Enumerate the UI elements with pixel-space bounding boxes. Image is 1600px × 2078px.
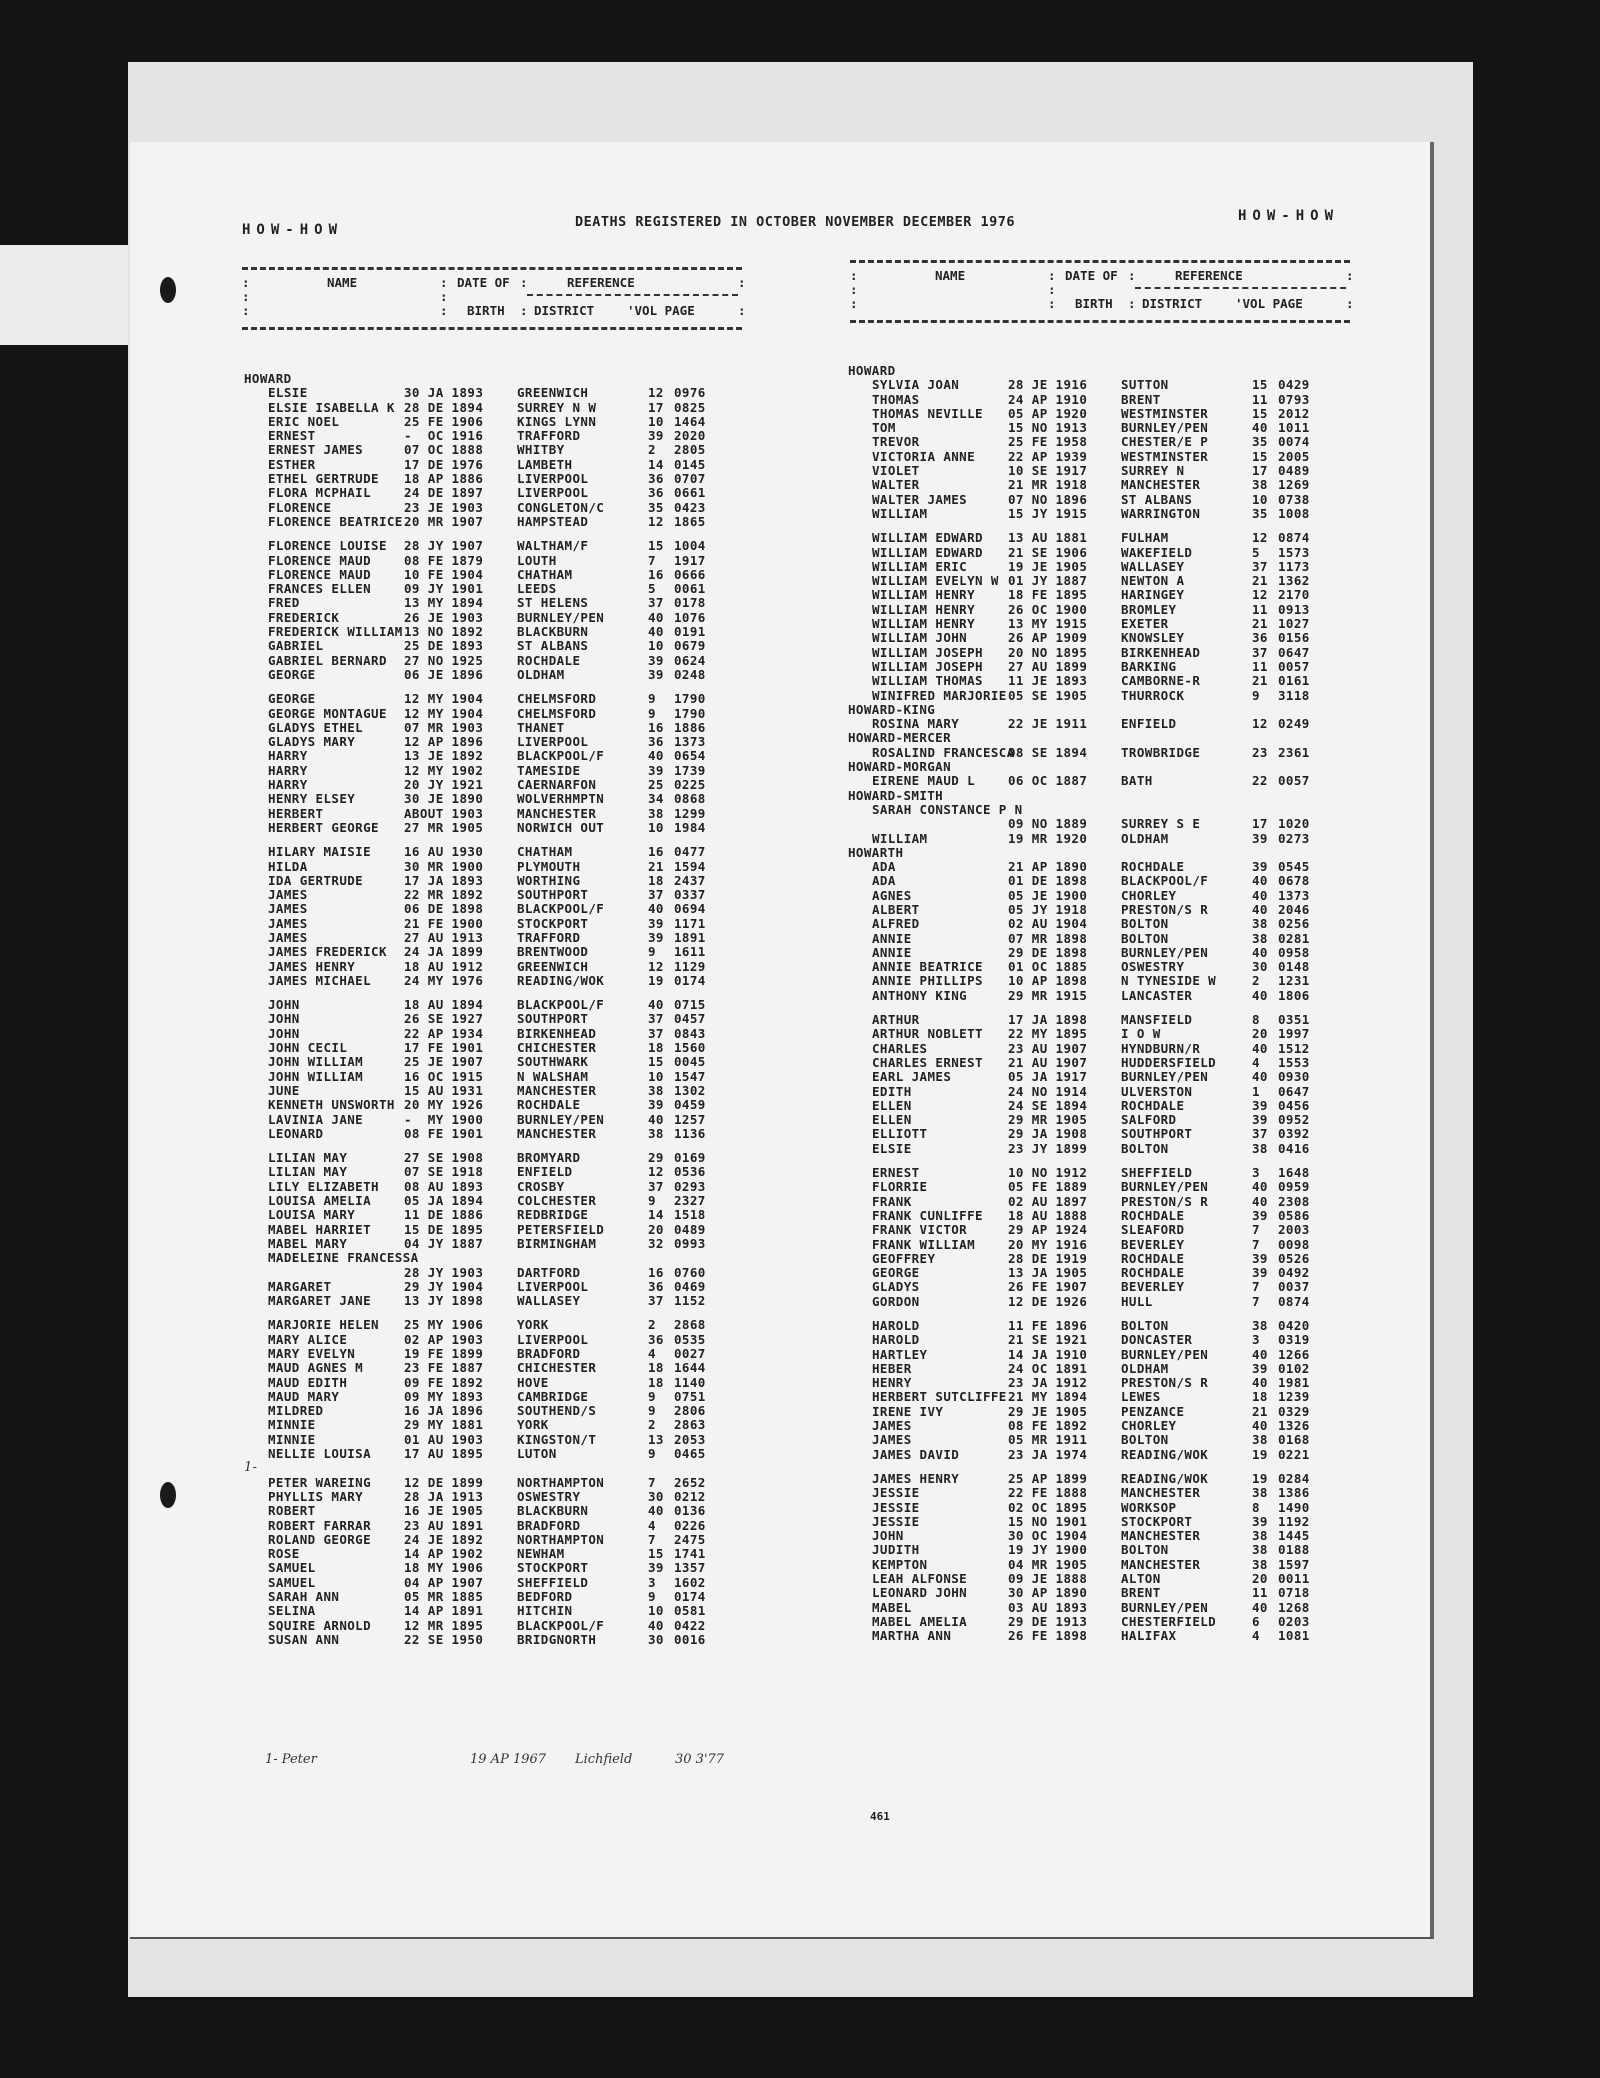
entry-row: SARAH ANN05 MR 1885BEDFORD90174 bbox=[244, 1590, 764, 1604]
page-ref: 2308 bbox=[1278, 1195, 1310, 1209]
volume: 37 bbox=[648, 888, 674, 902]
forenames: MARY ALICE bbox=[268, 1333, 347, 1347]
forenames: FRANK bbox=[872, 1195, 912, 1209]
entry-row: GEORGE13 JA 1905ROCHDALE390492 bbox=[848, 1266, 1368, 1280]
entry-row: MAUD AGNES M23 FE 1887CHICHESTER181644 bbox=[244, 1361, 764, 1375]
volume: 19 bbox=[1252, 1448, 1278, 1462]
date-of-birth: 27 NO 1925 bbox=[404, 654, 483, 668]
entry-row: ANNIE PHILLIPS10 AP 1898N TYNESIDE W2123… bbox=[848, 974, 1368, 988]
entry-row: JAMES22 MR 1892SOUTHPORT370337 bbox=[244, 888, 764, 902]
date-of-birth: 29 JE 1905 bbox=[1008, 1405, 1087, 1419]
forenames: ROLAND GEORGE bbox=[268, 1533, 371, 1547]
volume: 38 bbox=[648, 807, 674, 821]
date-of-birth: 24 AP 1910 bbox=[1008, 393, 1087, 407]
entry-row: PHYLLIS MARY28 JA 1913OSWESTRY300212 bbox=[244, 1490, 764, 1504]
district: SHEFFIELD bbox=[517, 1576, 588, 1590]
date-of-birth: 14 AP 1891 bbox=[404, 1604, 483, 1618]
entry-row: ANNIE07 MR 1898BOLTON380281 bbox=[848, 932, 1368, 946]
district: CHELMSFORD bbox=[517, 707, 596, 721]
forenames: EARL JAMES bbox=[872, 1070, 951, 1084]
volume: 11 bbox=[1252, 393, 1278, 407]
volume: 16 bbox=[648, 568, 674, 582]
date-of-birth: 29 DE 1898 bbox=[1008, 946, 1087, 960]
page-ref: 1741 bbox=[674, 1547, 706, 1561]
district: ST ALBANS bbox=[517, 639, 588, 653]
forenames: FRANK WILLIAM bbox=[872, 1238, 975, 1252]
date-of-birth: 19 MR 1920 bbox=[1008, 832, 1087, 846]
district: SOUTHPORT bbox=[517, 1012, 588, 1026]
forenames: FREDERICK bbox=[268, 611, 339, 625]
date-of-birth: 12 MY 1902 bbox=[404, 764, 483, 778]
entry-row: MARTHA ANN26 FE 1898HALIFAX41081 bbox=[848, 1629, 1368, 1643]
entry-row: WILLIAM THOMAS11 JE 1893CAMBORNE-R210161 bbox=[848, 674, 1368, 688]
page-ref: 0203 bbox=[1278, 1615, 1310, 1629]
volume: 40 bbox=[1252, 421, 1278, 435]
forenames: MARJORIE HELEN bbox=[268, 1318, 379, 1332]
page-ref: 0145 bbox=[674, 458, 706, 472]
forenames: SAMUEL bbox=[268, 1576, 316, 1590]
forenames: ELLEN bbox=[872, 1099, 912, 1113]
page-ref: 0011 bbox=[1278, 1572, 1310, 1586]
district: ROCHDALE bbox=[517, 654, 580, 668]
district: LAMBETH bbox=[517, 458, 572, 472]
volume: 39 bbox=[648, 931, 674, 945]
district: CHICHESTER bbox=[517, 1361, 596, 1375]
volume: 15 bbox=[648, 539, 674, 553]
page-ref: 2170 bbox=[1278, 588, 1310, 602]
district: HUDDERSFIELD bbox=[1121, 1056, 1216, 1070]
entry-row: HERBERT SUTCLIFFE21 MY 1894LEWES181239 bbox=[848, 1390, 1368, 1404]
date-of-birth: 27 AU 1913 bbox=[404, 931, 483, 945]
forenames: ARTHUR bbox=[872, 1013, 920, 1027]
date-of-birth: 08 FE 1892 bbox=[1008, 1419, 1087, 1433]
date-of-birth: 13 MY 1915 bbox=[1008, 617, 1087, 631]
page-ref: 1611 bbox=[674, 945, 706, 959]
district: KINGS LYNN bbox=[517, 415, 596, 429]
date-of-birth: 23 JA 1912 bbox=[1008, 1376, 1087, 1390]
surname-heading: HOWARD-KING bbox=[848, 703, 1368, 717]
page-ref: 0535 bbox=[674, 1333, 706, 1347]
district: OLDHAM bbox=[1121, 832, 1169, 846]
district: BRIDGNORTH bbox=[517, 1633, 596, 1647]
entry-row: HILDA30 MR 1900PLYMOUTH211594 bbox=[244, 860, 764, 874]
page-ref: 1268 bbox=[1278, 1601, 1310, 1615]
forenames: WILLIAM bbox=[872, 832, 927, 846]
volume: 36 bbox=[648, 472, 674, 486]
forenames: EIRENE MAUD L bbox=[872, 774, 975, 788]
forenames: LILIAN MAY bbox=[268, 1165, 347, 1179]
entry-row: JOHN22 AP 1934BIRKENHEAD370843 bbox=[244, 1027, 764, 1041]
page-ref: 1917 bbox=[674, 554, 706, 568]
volume: 8 bbox=[1252, 1501, 1278, 1515]
entry-row: GEORGE MONTAGUE12 MY 1904CHELMSFORD91790 bbox=[244, 707, 764, 721]
district: BURNLEY/PEN bbox=[1121, 946, 1208, 960]
entry-row: JOHN26 SE 1927SOUTHPORT370457 bbox=[244, 1012, 764, 1026]
page-ref: 0057 bbox=[1278, 660, 1310, 674]
date-of-birth: 24 NO 1914 bbox=[1008, 1085, 1087, 1099]
page-ref: 0526 bbox=[1278, 1252, 1310, 1266]
district: TROWBRIDGE bbox=[1121, 746, 1200, 760]
forenames: FRANK VICTOR bbox=[872, 1223, 967, 1237]
page-ref: 1081 bbox=[1278, 1629, 1310, 1643]
forenames: HARTLEY bbox=[872, 1348, 927, 1362]
page-ref: 1518 bbox=[674, 1208, 706, 1222]
page-ref: 0037 bbox=[1278, 1280, 1310, 1294]
volume: 21 bbox=[1252, 617, 1278, 631]
entry-row: WILLIAM15 JY 1915WARRINGTON351008 bbox=[848, 507, 1368, 521]
page-ref: 1302 bbox=[674, 1084, 706, 1098]
forenames: MADELEINE FRANCESSA bbox=[268, 1251, 419, 1265]
volume: 40 bbox=[1252, 946, 1278, 960]
volume: 4 bbox=[648, 1519, 674, 1533]
forenames: ALFRED bbox=[872, 917, 920, 931]
volume: 21 bbox=[648, 860, 674, 874]
volume: 37 bbox=[648, 1012, 674, 1026]
page-ref: 0351 bbox=[1278, 1013, 1310, 1027]
page-ref: 0976 bbox=[674, 386, 706, 400]
forenames: PETER WAREING bbox=[268, 1476, 371, 1490]
surname: HOWARTH bbox=[848, 846, 903, 860]
entry-row: JAMES27 AU 1913TRAFFORD391891 bbox=[244, 931, 764, 945]
page-ref: 0422 bbox=[674, 1619, 706, 1633]
district: EXETER bbox=[1121, 617, 1169, 631]
date-of-birth: 10 SE 1917 bbox=[1008, 464, 1087, 478]
entry-row: WALTER21 MR 1918MANCHESTER381269 bbox=[848, 478, 1368, 492]
page-ref: 0868 bbox=[674, 792, 706, 806]
forenames: JOHN bbox=[268, 1012, 300, 1026]
forenames: TREVOR bbox=[872, 435, 920, 449]
entry-row: 09 NO 1889SURREY S E171020 bbox=[848, 817, 1368, 831]
punch-hole bbox=[160, 1482, 176, 1508]
page-ref: 1790 bbox=[674, 707, 706, 721]
date-of-birth: 11 FE 1896 bbox=[1008, 1319, 1087, 1333]
district: BOLTON bbox=[1121, 917, 1169, 931]
entry-row: GEORGE12 MY 1904CHELMSFORD91790 bbox=[244, 692, 764, 706]
date-of-birth: 10 AP 1898 bbox=[1008, 974, 1087, 988]
entry-row: SAMUEL04 AP 1907SHEFFIELD31602 bbox=[244, 1576, 764, 1590]
page-ref: 0456 bbox=[1278, 1099, 1310, 1113]
surname: HOWARD-MERCER bbox=[848, 731, 951, 745]
entry-row: THOMAS NEVILLE05 AP 1920WESTMINSTER15201… bbox=[848, 407, 1368, 421]
date-of-birth: 25 AP 1899 bbox=[1008, 1472, 1087, 1486]
col-district: DISTRICT bbox=[534, 303, 594, 318]
date-of-birth: 20 MR 1907 bbox=[404, 515, 483, 529]
volume: 40 bbox=[1252, 1601, 1278, 1615]
date-of-birth: 16 AU 1930 bbox=[404, 845, 483, 859]
entry-row: FLORENCE23 JE 1903CONGLETON/C350423 bbox=[244, 501, 764, 515]
district: N WALSHAM bbox=[517, 1070, 588, 1084]
volume: 17 bbox=[648, 401, 674, 415]
date-of-birth: 27 AU 1899 bbox=[1008, 660, 1087, 674]
volume: 30 bbox=[1252, 960, 1278, 974]
district: GREENWICH bbox=[517, 960, 588, 974]
forenames: THOMAS NEVILLE bbox=[872, 407, 983, 421]
entry-row: FLORRIE05 FE 1889BURNLEY/PEN400959 bbox=[848, 1180, 1368, 1194]
surname-heading: HOWARD-MORGAN bbox=[848, 760, 1368, 774]
entry-row: MAUD EDITH09 FE 1892HOVE181140 bbox=[244, 1376, 764, 1390]
page-ref: 0492 bbox=[1278, 1266, 1310, 1280]
entry-row: WILLIAM JOSEPH20 NO 1895BIRKENHEAD370647 bbox=[848, 646, 1368, 660]
entry-row: MAUD MARY09 MY 1893CAMBRIDGE90751 bbox=[244, 1390, 764, 1404]
district: N TYNESIDE W bbox=[1121, 974, 1216, 988]
volume: 38 bbox=[1252, 917, 1278, 931]
date-of-birth: 20 NO 1895 bbox=[1008, 646, 1087, 660]
district: MANCHESTER bbox=[517, 1127, 596, 1141]
entry-row: HARTLEY14 JA 1910BURNLEY/PEN401266 bbox=[848, 1348, 1368, 1362]
forenames: ANNIE bbox=[872, 946, 912, 960]
forenames: MARTHA ANN bbox=[872, 1629, 951, 1643]
entry-row: MABEL HARRIET15 DE 1895PETERSFIELD200489 bbox=[244, 1223, 764, 1237]
entry-row: MARGARET29 JY 1904LIVERPOOL360469 bbox=[244, 1280, 764, 1294]
date-of-birth: 15 AU 1931 bbox=[404, 1084, 483, 1098]
entry-row: MABEL AMELIA29 DE 1913CHESTERFIELD60203 bbox=[848, 1615, 1368, 1629]
forenames: LAVINIA JANE bbox=[268, 1113, 363, 1127]
surname-heading: HOWARD-MERCER bbox=[848, 731, 1368, 745]
volume: 15 bbox=[648, 1547, 674, 1561]
entry-row: MABEL03 AU 1893BURNLEY/PEN401268 bbox=[848, 1601, 1368, 1615]
entry-row: LILIAN MAY07 SE 1918ENFIELD120536 bbox=[244, 1165, 764, 1179]
date-of-birth: 22 AP 1934 bbox=[404, 1027, 483, 1041]
forenames: GEORGE MONTAGUE bbox=[268, 707, 387, 721]
page-ref: 2020 bbox=[674, 429, 706, 443]
page-ref: 0169 bbox=[674, 1151, 706, 1165]
entry-row: WILLIAM ERIC19 JE 1905WALLASEY371173 bbox=[848, 560, 1368, 574]
date-of-birth: 22 JE 1911 bbox=[1008, 717, 1087, 731]
entry-row: ELLEN24 SE 1894ROCHDALE390456 bbox=[848, 1099, 1368, 1113]
entry-row: JOHN WILLIAM16 OC 1915N WALSHAM101547 bbox=[244, 1070, 764, 1084]
forenames: MARGARET JANE bbox=[268, 1294, 371, 1308]
entry-row: MADELEINE FRANCESSA bbox=[244, 1251, 764, 1265]
date-of-birth: 25 JE 1907 bbox=[404, 1055, 483, 1069]
volume: 40 bbox=[648, 1504, 674, 1518]
volume: 12 bbox=[648, 386, 674, 400]
entry-row: ROSALIND FRANCESCA08 SE 1894TROWBRIDGE23… bbox=[848, 746, 1368, 760]
volume: 40 bbox=[1252, 889, 1278, 903]
forenames: ANTHONY KING bbox=[872, 989, 967, 1003]
date-of-birth: 22 MY 1895 bbox=[1008, 1027, 1087, 1041]
col-name: NAME bbox=[935, 268, 965, 283]
volume: 12 bbox=[1252, 531, 1278, 545]
page-ref: 0581 bbox=[674, 1604, 706, 1618]
district: LIVERPOOL bbox=[517, 486, 588, 500]
forenames: PHYLLIS MARY bbox=[268, 1490, 363, 1504]
date-of-birth: 30 OC 1904 bbox=[1008, 1529, 1087, 1543]
district: NORTHAMPTON bbox=[517, 1533, 604, 1547]
forenames: ELLEN bbox=[872, 1113, 912, 1127]
date-of-birth: 11 JE 1893 bbox=[1008, 674, 1087, 688]
table-header-right: : : : NAME : : : DATE OF BIRTH : : REFER… bbox=[850, 260, 1350, 328]
page-ref: 2863 bbox=[674, 1418, 706, 1432]
forenames: HERBERT bbox=[268, 807, 323, 821]
entries-right-column: HOWARDSYLVIA JOAN28 JE 1916SUTTON150429T… bbox=[848, 364, 1368, 1644]
date-of-birth: 13 JY 1898 bbox=[404, 1294, 483, 1308]
volume: 39 bbox=[648, 668, 674, 682]
forenames: SARAH CONSTANCE P N bbox=[872, 803, 1023, 817]
volume: 2 bbox=[1252, 974, 1278, 988]
volume: 40 bbox=[1252, 1195, 1278, 1209]
entry-row: WILLIAM JOHN26 AP 1909KNOWSLEY360156 bbox=[848, 631, 1368, 645]
entry-row: JUDITH19 JY 1900BOLTON380188 bbox=[848, 1543, 1368, 1557]
page-ref: 0718 bbox=[1278, 1586, 1310, 1600]
col-birth: BIRTH bbox=[467, 303, 505, 318]
volume: 10 bbox=[648, 415, 674, 429]
page-ref: 0958 bbox=[1278, 946, 1310, 960]
forenames: HERBERT SUTCLIFFE bbox=[872, 1390, 1007, 1404]
forenames: LOUISA MARY bbox=[268, 1208, 355, 1222]
page-ref: 0420 bbox=[1278, 1319, 1310, 1333]
entry-row: ETHEL GERTRUDE18 AP 1886LIVERPOOL360707 bbox=[244, 472, 764, 486]
page-ref: 0337 bbox=[674, 888, 706, 902]
date-of-birth: 13 AU 1881 bbox=[1008, 531, 1087, 545]
volume: 40 bbox=[1252, 1042, 1278, 1056]
forenames: GABRIEL BERNARD bbox=[268, 654, 387, 668]
district: ROCHDALE bbox=[1121, 1252, 1184, 1266]
entry-row: HAROLD21 SE 1921DONCASTER30319 bbox=[848, 1333, 1368, 1347]
page-ref: 0281 bbox=[1278, 932, 1310, 946]
col-vol-page: 'VOL PAGE bbox=[627, 303, 695, 318]
forenames: WILLIAM EVELYN W bbox=[872, 574, 999, 588]
page-ref: 1560 bbox=[674, 1041, 706, 1055]
volume: 7 bbox=[1252, 1223, 1278, 1237]
surname: HOWARD-SMITH bbox=[848, 789, 943, 803]
page-ref: 2046 bbox=[1278, 903, 1310, 917]
volume: 9 bbox=[648, 692, 674, 706]
district: BURNLEY/PEN bbox=[517, 611, 604, 625]
entry-row: FRANK02 AU 1897PRESTON/S R402308 bbox=[848, 1195, 1368, 1209]
date-of-birth: 02 OC 1895 bbox=[1008, 1501, 1087, 1515]
forenames: SUSAN ANN bbox=[268, 1633, 339, 1647]
table-header-left: : : : NAME : : : DATE OF BIRTH : : REFER… bbox=[242, 267, 742, 335]
entry-row: ELSIE ISABELLA K28 DE 1894SURREY N W1708… bbox=[244, 401, 764, 415]
volume: 16 bbox=[648, 845, 674, 859]
entry-row: WILLIAM HENRY18 FE 1895HARINGEY122170 bbox=[848, 588, 1368, 602]
date-of-birth: 15 NO 1913 bbox=[1008, 421, 1087, 435]
date-of-birth: 26 FE 1898 bbox=[1008, 1629, 1087, 1643]
entry-row: ALBERT05 JY 1918PRESTON/S R402046 bbox=[848, 903, 1368, 917]
page-ref: 0694 bbox=[674, 902, 706, 916]
entry-row: ERIC NOEL25 FE 1906KINGS LYNN101464 bbox=[244, 415, 764, 429]
volume: 7 bbox=[648, 554, 674, 568]
page-ref: 1171 bbox=[674, 917, 706, 931]
district: CHORLEY bbox=[1121, 889, 1176, 903]
page-ref: 1790 bbox=[674, 692, 706, 706]
district: CHELMSFORD bbox=[517, 692, 596, 706]
forenames: JOHN bbox=[268, 1027, 300, 1041]
page-ref: 0715 bbox=[674, 998, 706, 1012]
entry-row: WILLIAM JOSEPH27 AU 1899BARKING110057 bbox=[848, 660, 1368, 674]
date-of-birth: 06 JE 1896 bbox=[404, 668, 483, 682]
entry-row: VICTORIA ANNE22 AP 1939WESTMINSTER152005 bbox=[848, 450, 1368, 464]
volume: 39 bbox=[1252, 832, 1278, 846]
forenames: WILLIAM HENRY bbox=[872, 617, 975, 631]
forenames: ETHEL GERTRUDE bbox=[268, 472, 379, 486]
date-of-birth: 26 FE 1907 bbox=[1008, 1280, 1087, 1294]
entry-row: ARTHUR NOBLETT22 MY 1895I O W201997 bbox=[848, 1027, 1368, 1041]
date-of-birth: 12 MY 1904 bbox=[404, 692, 483, 706]
date-of-birth: 19 JE 1905 bbox=[1008, 560, 1087, 574]
page-ref: 0469 bbox=[674, 1280, 706, 1294]
page-ref: 0678 bbox=[1278, 874, 1310, 888]
entry-row: PETER WAREING12 DE 1899NORTHAMPTON72652 bbox=[244, 1476, 764, 1490]
page-ref: 0545 bbox=[1278, 860, 1310, 874]
volume: 39 bbox=[648, 1561, 674, 1575]
forenames: IDA GERTRUDE bbox=[268, 874, 363, 888]
date-of-birth: 02 AU 1897 bbox=[1008, 1195, 1087, 1209]
page-ref: 0416 bbox=[1278, 1142, 1310, 1156]
volume: 3 bbox=[1252, 1333, 1278, 1347]
district: NEWTON A bbox=[1121, 574, 1184, 588]
page-ref: 0423 bbox=[674, 501, 706, 515]
date-of-birth: 04 MR 1905 bbox=[1008, 1558, 1087, 1572]
district: BIRKENHEAD bbox=[517, 1027, 596, 1041]
entry-row: IDA GERTRUDE17 JA 1893WORTHING182437 bbox=[244, 874, 764, 888]
entry-row: HAROLD11 FE 1896BOLTON380420 bbox=[848, 1319, 1368, 1333]
forenames: SARAH ANN bbox=[268, 1590, 339, 1604]
district: ROCHDALE bbox=[1121, 860, 1184, 874]
page-ref: 1357 bbox=[674, 1561, 706, 1575]
district: CAERNARFON bbox=[517, 778, 596, 792]
date-of-birth: 30 JA 1893 bbox=[404, 386, 483, 400]
forenames: JAMES bbox=[268, 902, 308, 916]
entry-row: WILLIAM HENRY26 OC 1900BROMLEY110913 bbox=[848, 603, 1368, 617]
page-ref: 0225 bbox=[674, 778, 706, 792]
date-of-birth: 27 SE 1908 bbox=[404, 1151, 483, 1165]
date-of-birth: 07 OC 1888 bbox=[404, 443, 483, 457]
page-ref: 1512 bbox=[1278, 1042, 1310, 1056]
date-of-birth: 24 DE 1897 bbox=[404, 486, 483, 500]
date-of-birth: 28 JE 1916 bbox=[1008, 378, 1087, 392]
forenames: CHARLES bbox=[872, 1042, 927, 1056]
forenames: GORDON bbox=[872, 1295, 920, 1309]
volume: 37 bbox=[648, 596, 674, 610]
volume: 9 bbox=[648, 1447, 674, 1461]
page-ref: 1027 bbox=[1278, 617, 1310, 631]
forenames: FLORENCE bbox=[268, 501, 331, 515]
district: PETERSFIELD bbox=[517, 1223, 604, 1237]
surname: HOWARD bbox=[848, 364, 896, 378]
date-of-birth: 21 MR 1918 bbox=[1008, 478, 1087, 492]
district: WALTHAM/F bbox=[517, 539, 588, 553]
forenames: FREDERICK WILLIAM bbox=[268, 625, 403, 639]
volume: 14 bbox=[648, 458, 674, 472]
forenames: FRANK CUNLIFFE bbox=[872, 1209, 983, 1223]
entry-row: FRANCES ELLEN09 JY 1901LEEDS50061 bbox=[244, 582, 764, 596]
volume: 15 bbox=[1252, 378, 1278, 392]
volume: 38 bbox=[1252, 1558, 1278, 1572]
date-of-birth: 15 JY 1915 bbox=[1008, 507, 1087, 521]
page-ref: 0249 bbox=[1278, 717, 1310, 731]
date-of-birth: 18 AP 1886 bbox=[404, 472, 483, 486]
page-ref: 0168 bbox=[1278, 1433, 1310, 1447]
surname-heading: HOWARD-SMITH bbox=[848, 789, 1368, 803]
page-ref: 0913 bbox=[1278, 603, 1310, 617]
entry-row: ANNIE BEATRICE01 OC 1885OSWESTRY300148 bbox=[848, 960, 1368, 974]
date-of-birth: 01 DE 1898 bbox=[1008, 874, 1087, 888]
date-of-birth: 18 FE 1895 bbox=[1008, 588, 1087, 602]
district: CONGLETON/C bbox=[517, 501, 604, 515]
page-ref: 1594 bbox=[674, 860, 706, 874]
forenames: ANNIE bbox=[872, 932, 912, 946]
volume: 35 bbox=[1252, 435, 1278, 449]
volume: 39 bbox=[1252, 1515, 1278, 1529]
page-ref: 1644 bbox=[674, 1361, 706, 1375]
forenames: JAMES bbox=[268, 888, 308, 902]
forenames: ELSIE bbox=[872, 1142, 912, 1156]
volume: 37 bbox=[1252, 1127, 1278, 1141]
entry-row: HARRY12 MY 1902TAMESIDE391739 bbox=[244, 764, 764, 778]
date-of-birth: 21 FE 1900 bbox=[404, 917, 483, 931]
entry-row: GABRIEL25 DE 1893ST ALBANS100679 bbox=[244, 639, 764, 653]
